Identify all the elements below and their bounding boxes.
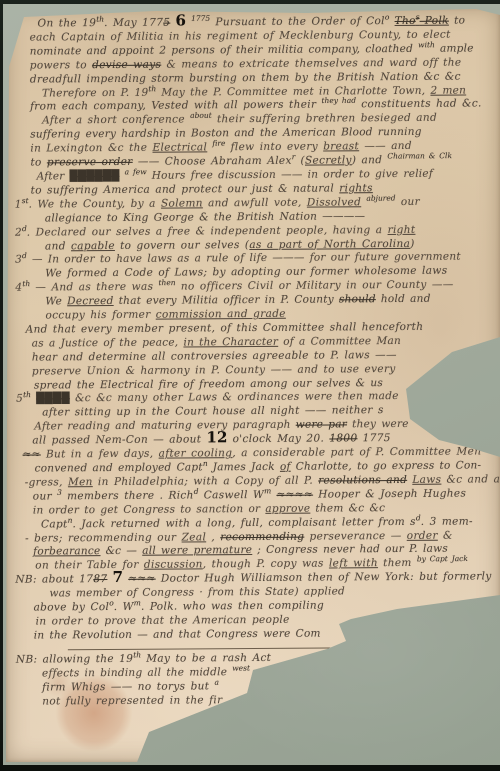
manuscript-page: On the 19th. May 1775 6 1775 Pursuant to… bbox=[0, 0, 500, 771]
